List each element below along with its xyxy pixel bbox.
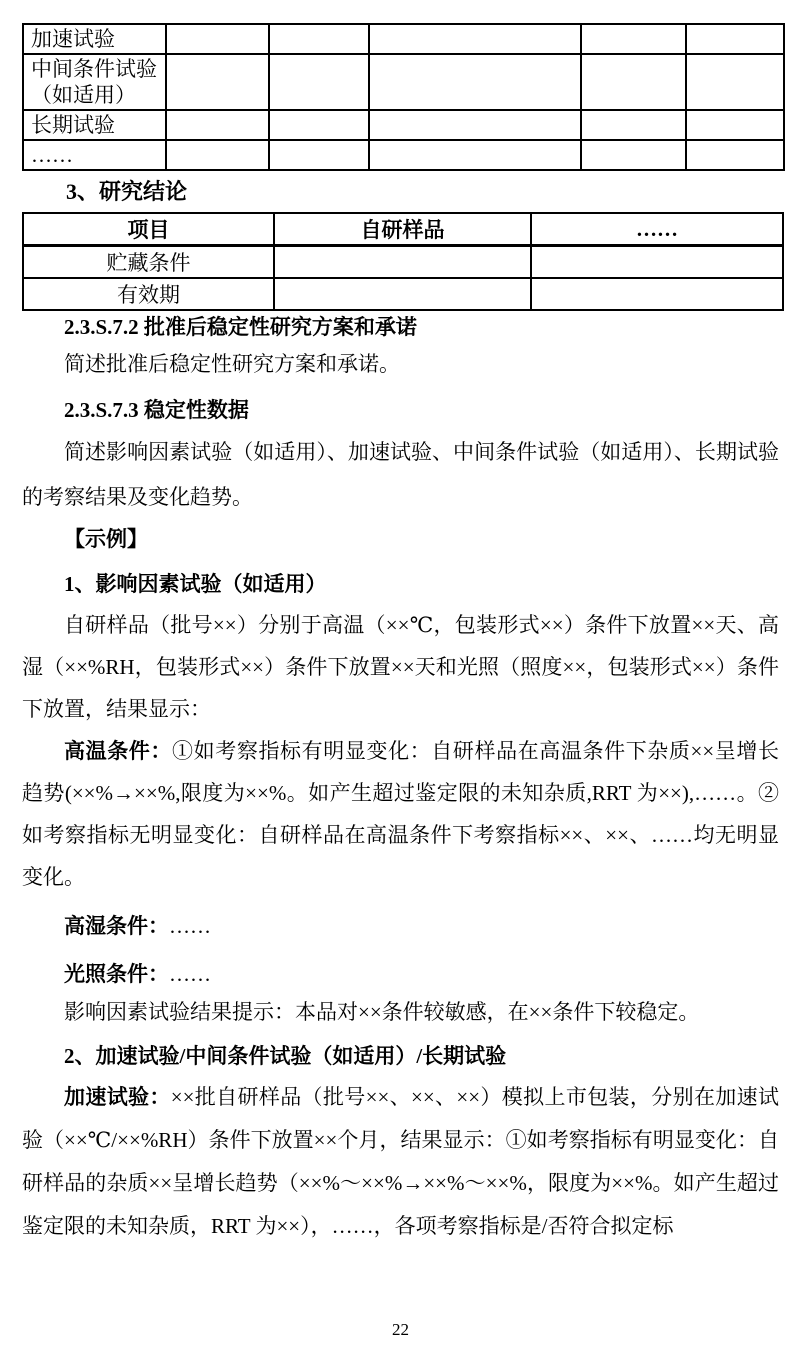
table-cell (369, 54, 581, 110)
table-row-longterm: 长期试验 (23, 110, 784, 140)
conclusion-header-row: 项目 自研样品 …… (23, 213, 783, 246)
table-cell (274, 278, 531, 310)
table-cell (581, 54, 686, 110)
table-cell (369, 110, 581, 140)
paragraph-s73-body: 简述影响因素试验（如适用）、加速试验、中间条件试验（如适用）、长期试验的考察结果… (22, 430, 779, 520)
paragraph-high-temp-condition: 高温条件：①如考察指标有明显变化：自研样品在高温条件下杂质××呈增长趋势(××%… (22, 730, 779, 898)
heading-research-conclusion: 3、研究结论 (22, 177, 779, 207)
document-page: 加速试验 中间条件试验（如适用） 长期试验 …… (0, 0, 800, 1369)
table-cell (369, 24, 581, 54)
heading-example-item2: 2、加速试验/中间条件试验（如适用）/长期试验 (22, 1041, 779, 1071)
table-cell (686, 54, 784, 110)
row-label: 加速试验 (23, 24, 166, 54)
heading-section-2-3-S-7-3: 2.3.S.7.3 稳定性数据 (22, 395, 779, 425)
heading-example-item1: 1、影响因素试验（如适用） (22, 569, 779, 599)
paragraph-item1-conclusion: 影响因素试验结果提示：本品对××条件较敏感，在××条件下较稳定。 (22, 991, 779, 1034)
row-label: 长期试验 (23, 110, 166, 140)
paragraph-accelerated-test: 加速试验：××批自研样品（批号××、××、××）模拟上市包装，分别在加速试验（×… (22, 1076, 779, 1248)
stability-results-table: 加速试验 中间条件试验（如适用） 长期试验 …… (22, 23, 785, 171)
page-number: 22 (22, 1318, 779, 1342)
table-cell (166, 24, 269, 54)
conclusion-table: 项目 自研样品 …… 贮藏条件 有效期 (22, 212, 784, 311)
accelerated-label: 加速试验： (64, 1085, 171, 1109)
table-cell (269, 54, 369, 110)
paragraph-high-humidity-condition: 高湿条件：…… (22, 905, 779, 948)
table-row-intermediate: 中间条件试验（如适用） (23, 54, 784, 110)
paragraph-light-condition: 光照条件：…… (22, 953, 779, 996)
row-label: 中间条件试验（如适用） (23, 54, 166, 110)
table-cell (531, 246, 783, 279)
table-row-storage-condition: 贮藏条件 (23, 246, 783, 279)
light-text: …… (169, 962, 211, 986)
table-cell (369, 140, 581, 170)
table-cell (686, 140, 784, 170)
column-header-item: 项目 (23, 213, 274, 246)
table-cell (269, 110, 369, 140)
heading-section-2-3-S-7-2: 2.3.S.7.2 批准后稳定性研究方案和承诺 (22, 312, 779, 342)
table-cell (581, 24, 686, 54)
table-row-accelerated: 加速试验 (23, 24, 784, 54)
example-marker: 【示例】 (22, 524, 779, 554)
table-cell (581, 110, 686, 140)
table-cell (269, 24, 369, 54)
column-header-self-sample: 自研样品 (274, 213, 531, 246)
table-row-shelf-life: 有效期 (23, 278, 783, 310)
row-label: 贮藏条件 (23, 246, 274, 279)
table-cell (166, 110, 269, 140)
paragraph-s72-body: 简述批准后稳定性研究方案和承诺。 (22, 343, 779, 386)
table-cell (686, 110, 784, 140)
table-cell (166, 140, 269, 170)
table-row-ellipsis: …… (23, 140, 784, 170)
light-label: 光照条件： (64, 962, 169, 986)
high-temp-label: 高温条件： (64, 739, 172, 763)
table-cell (274, 246, 531, 279)
table-cell (581, 140, 686, 170)
high-humidity-text: …… (169, 914, 211, 938)
row-label: …… (23, 140, 166, 170)
table-cell (531, 278, 783, 310)
table-cell (269, 140, 369, 170)
table-cell (686, 24, 784, 54)
row-label: 有效期 (23, 278, 274, 310)
high-humidity-label: 高湿条件： (64, 914, 169, 938)
column-header-ellipsis: …… (531, 213, 783, 246)
paragraph-item1-intro: 自研样品（批号××）分别于高温（××℃，包装形式××）条件下放置××天、高湿（×… (22, 604, 779, 730)
table-cell (166, 54, 269, 110)
